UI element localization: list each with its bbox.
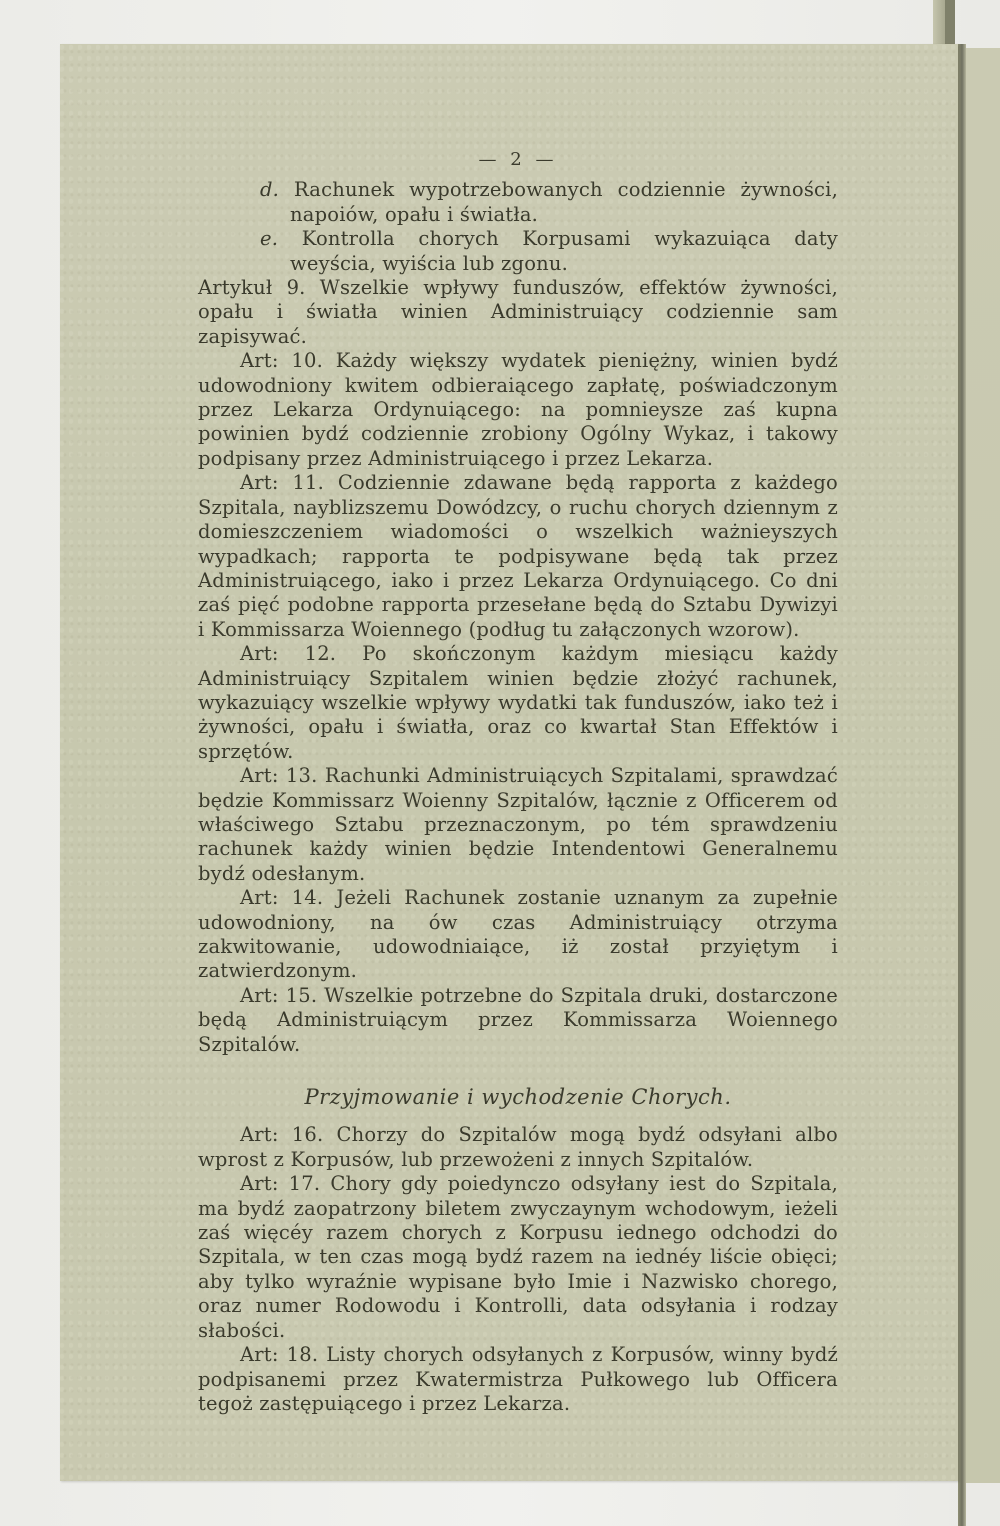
article-label: Art: 14. xyxy=(240,886,323,909)
list-item-text: Kontrolla chorych Korpusami wykazuiąca d… xyxy=(290,227,838,274)
article-label: Artykuł 9. xyxy=(198,276,306,299)
list-marker: d. xyxy=(260,178,279,201)
article-label: Art: 11. xyxy=(240,471,324,494)
article-11: Art: 11. Codziennie zdawane będą rapport… xyxy=(198,471,838,642)
article-label: Art: 17. xyxy=(240,1172,320,1195)
article-18: Art: 18. Listy chorych odsyłanych z Korp… xyxy=(198,1343,838,1416)
article-9: Artykuł 9. Wszelkie wpływy funduszów, ef… xyxy=(198,276,838,349)
article-14: Art: 14. Jeżeli Rachunek zostanie uznany… xyxy=(198,886,838,984)
article-15: Art: 15. Wszelkie potrzebne do Szpitala … xyxy=(198,984,838,1057)
article-17: Art: 17. Chory gdy poiedynczo odsyłany i… xyxy=(198,1172,838,1343)
binding-shadow-top xyxy=(945,0,955,50)
list-marker: e. xyxy=(260,227,278,250)
article-text: Chory gdy poiedynczo odsyłany iest do Sz… xyxy=(198,1172,838,1341)
binding-edge-top xyxy=(933,0,945,48)
page-number: — 2 — xyxy=(198,148,838,172)
article-13: Art: 13. Rachunki Administruiących Szpit… xyxy=(198,764,838,886)
article-label: Art: 10. xyxy=(240,349,323,372)
list-item-e: e. Kontrolla chorych Korpusami wykazuiąc… xyxy=(198,227,838,276)
article-12: Art: 12. Po skończonym każdym miesiącu k… xyxy=(198,642,838,764)
article-label: Art: 16. xyxy=(240,1123,323,1146)
article-10: Art: 10. Każdy większy wydatek pieniężny… xyxy=(198,349,838,471)
adjacent-page-edge xyxy=(966,48,1000,1483)
article-label: Art: 13. xyxy=(240,764,318,787)
section-heading: Przyjmowanie i wychodzenie Chorych. xyxy=(198,1085,838,1109)
page-text: — 2 — d. Rachunek wypotrzebowanych codzi… xyxy=(198,148,838,1416)
article-label: Art: 12. xyxy=(240,642,336,665)
list-item-text: Rachunek wypotrzebowanych codziennie żyw… xyxy=(290,178,838,225)
article-label: Art: 18. xyxy=(240,1343,318,1366)
binding-gutter xyxy=(958,44,966,1526)
list-item-d: d. Rachunek wypotrzebowanych codziennie … xyxy=(198,178,838,227)
article-label: Art: 15. xyxy=(240,984,317,1007)
article-16: Art: 16. Chorzy do Szpitalów mogą bydź o… xyxy=(198,1123,838,1172)
article-text: Codziennie zdawane będą rapporta z każde… xyxy=(198,471,838,640)
